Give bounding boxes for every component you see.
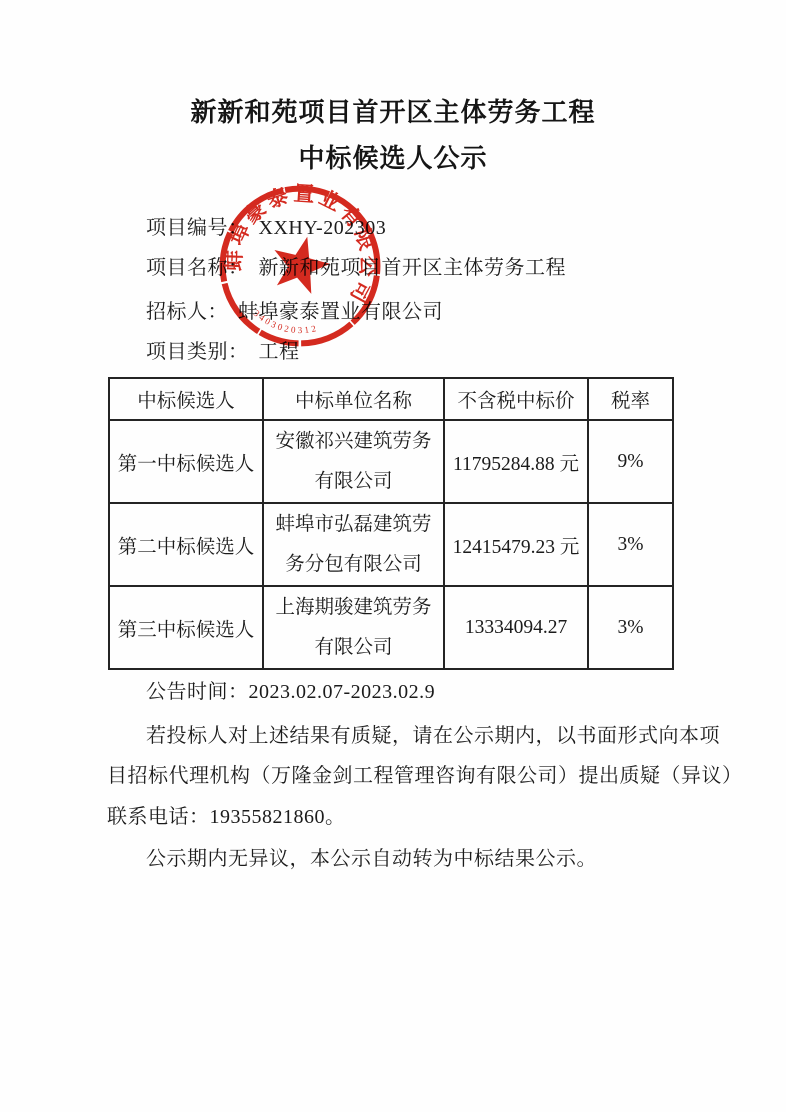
cell-candidate-2: 第二中标候选人 [109, 503, 263, 586]
cell-company-3: 上海期骏建筑劳务 有限公司 [263, 586, 444, 669]
closing-paragraph: 公示期内无异议，本公示自动转为中标结果公示。 [146, 845, 597, 873]
field-tenderee-label: 招标人： [146, 301, 228, 323]
header-tax-rate: 税率 [588, 378, 673, 420]
cell-price-2: 12415479.23 元 [444, 503, 588, 586]
objection-paragraph-line1: 若投标人对上述结果有质疑，请在公示期内，以书面形式向本项 [146, 722, 720, 750]
page-title: 新新和苑项目首开区主体劳务工程 [0, 92, 786, 129]
announcement-document-page: 新新和苑项目首开区主体劳务工程 中标候选人公示 项目编号：XXHY-202303… [0, 0, 786, 1112]
field-project-category-value: 工程 [259, 341, 300, 363]
cell-company-1-line2: 有限公司 [266, 462, 441, 502]
cell-company-2-line2: 务分包有限公司 [266, 545, 441, 585]
cell-tax-2: 3% [588, 503, 673, 586]
header-candidate: 中标候选人 [109, 378, 263, 420]
cell-company-3-line2: 有限公司 [266, 628, 441, 668]
cell-company-1: 安徽祁兴建筑劳务 有限公司 [263, 420, 444, 503]
cell-price-3: 13334094.27 [444, 586, 588, 669]
contact-phone-line: 联系电话：19355821860。 [107, 803, 346, 831]
field-tenderee: 招标人：蚌埠豪泰置业有限公司 [146, 298, 443, 326]
cell-candidate-3: 第三中标候选人 [109, 586, 263, 669]
field-project-number-label: 项目编号： [146, 217, 249, 239]
table-row: 第三中标候选人 上海期骏建筑劳务 有限公司 13334094.27 3% [109, 586, 673, 669]
header-company: 中标单位名称 [263, 378, 444, 420]
field-project-name-value: 新新和苑项目首开区主体劳务工程 [259, 257, 567, 279]
cell-candidate-1: 第一中标候选人 [109, 420, 263, 503]
table-header-row: 中标候选人 中标单位名称 不含税中标价 税率 [109, 378, 673, 420]
cell-company-2: 蚌埠市弘磊建筑劳 务分包有限公司 [263, 503, 444, 586]
cell-price-1: 11795284.88 元 [444, 420, 588, 503]
page-subtitle: 中标候选人公示 [0, 138, 786, 175]
cell-company-2-line1: 蚌埠市弘磊建筑劳 [266, 505, 441, 545]
field-project-number: 项目编号：XXHY-202303 [146, 214, 386, 242]
field-tenderee-value: 蚌埠豪泰置业有限公司 [238, 301, 443, 323]
cell-tax-1: 9% [588, 420, 673, 503]
cell-tax-3: 3% [588, 586, 673, 669]
announcement-period: 公告时间：2023.02.07-2023.02.9 [146, 678, 435, 706]
field-project-category: 项目类别：工程 [146, 338, 300, 366]
field-project-name: 项目名称：新新和苑项目首开区主体劳务工程 [146, 254, 566, 282]
objection-paragraph-line2: 目招标代理机构（万隆金剑工程管理咨询有限公司）提出质疑（异议） [107, 762, 743, 790]
field-project-category-label: 项目类别： [146, 341, 249, 363]
table-row: 第一中标候选人 安徽祁兴建筑劳务 有限公司 11795284.88 元 9% [109, 420, 673, 503]
header-price: 不含税中标价 [444, 378, 588, 420]
field-project-number-value: XXHY-202303 [259, 217, 387, 239]
cell-company-1-line1: 安徽祁兴建筑劳务 [266, 422, 441, 462]
table-row: 第二中标候选人 蚌埠市弘磊建筑劳 务分包有限公司 12415479.23 元 3… [109, 503, 673, 586]
field-project-name-label: 项目名称： [146, 257, 249, 279]
bid-candidates-table: 中标候选人 中标单位名称 不含税中标价 税率 第一中标候选人 安徽祁兴建筑劳务 … [108, 377, 674, 670]
cell-company-3-line1: 上海期骏建筑劳务 [266, 588, 441, 628]
